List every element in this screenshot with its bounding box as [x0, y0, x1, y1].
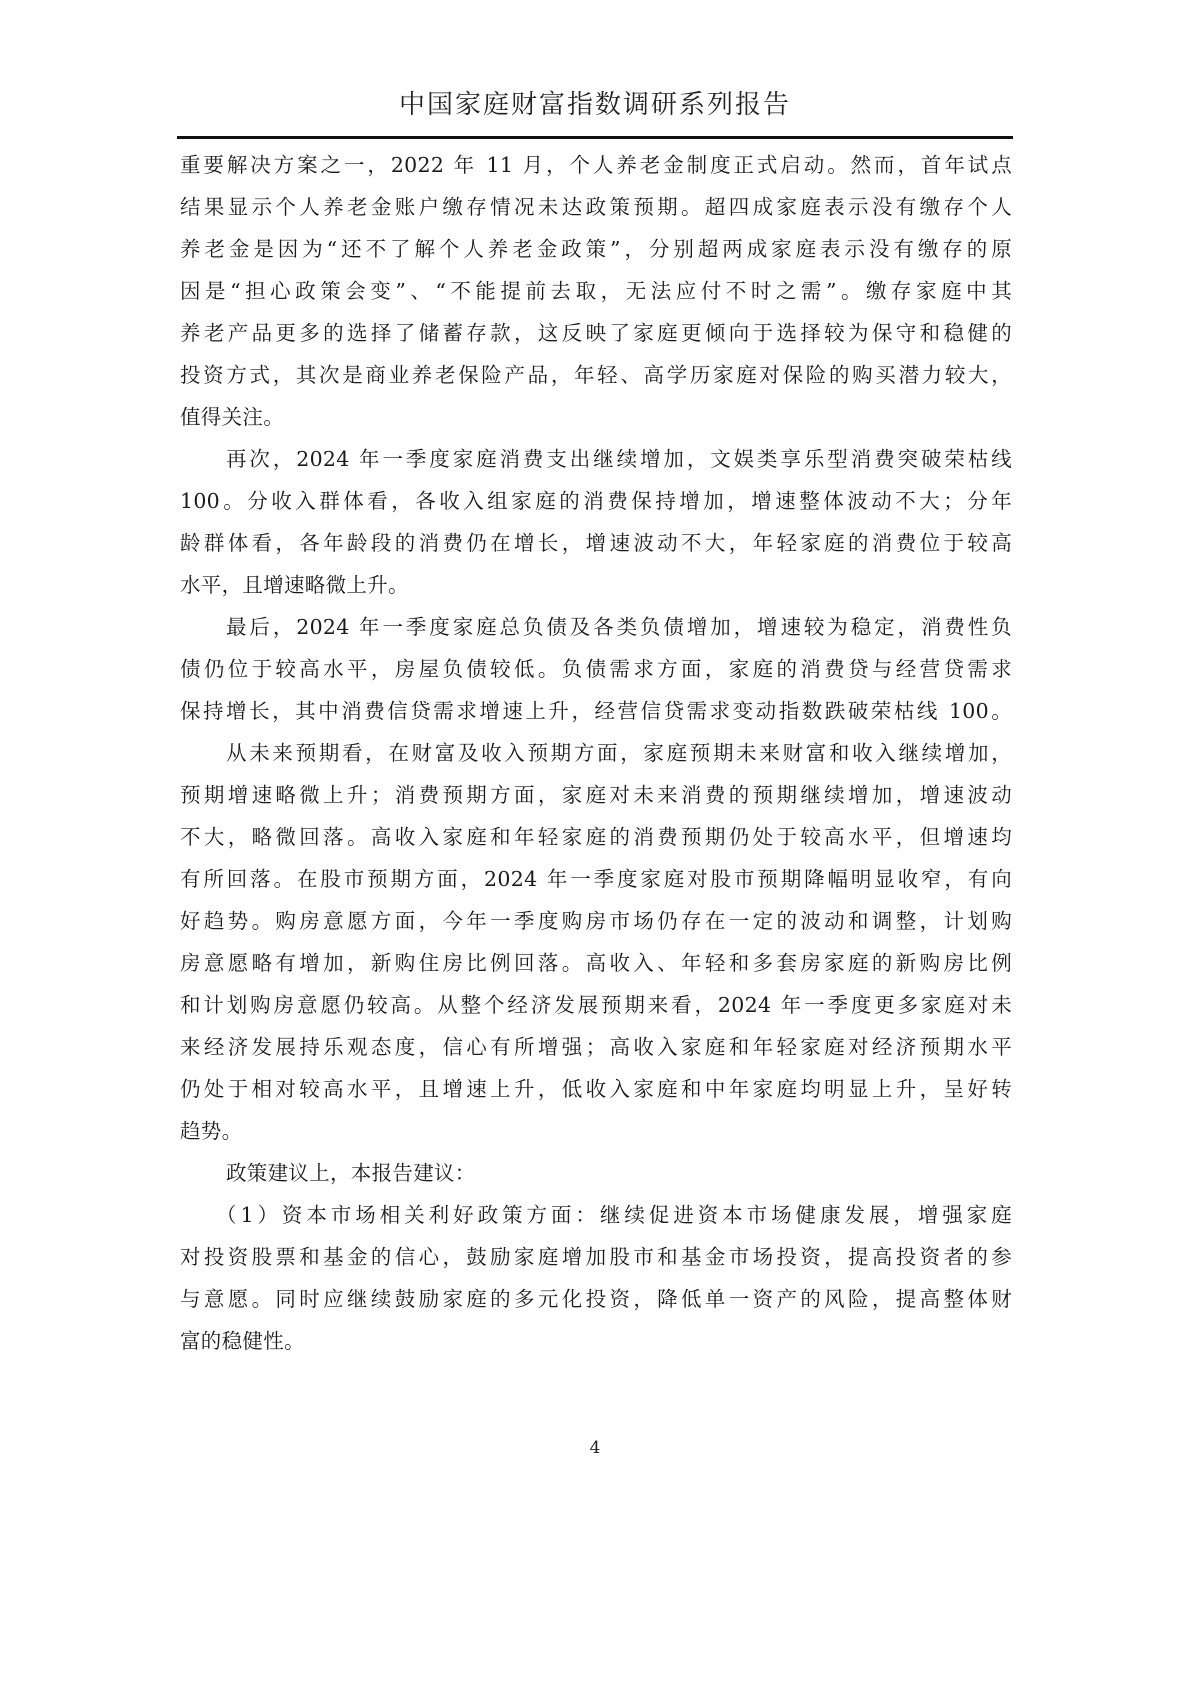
text-line: 好趋势。购房意愿方面，今年一季度购房市场仍存在一定的波动和调整，计划购: [180, 900, 1012, 942]
text-line: 从未来预期看，在财富及收入预期方面，家庭预期未来财富和收入继续增加，: [180, 732, 1012, 774]
text-line: 来经济发展持乐观态度，信心有所增强；高收入家庭和年轻家庭对经济预期水平: [180, 1026, 1012, 1068]
text-line: 保持增长，其中消费信贷需求增速上升，经营信贷需求变动指数跌破荣枯线 100。: [180, 690, 1012, 732]
text-line: 水平，且增速略微上升。: [180, 564, 1012, 606]
text-line: 趋势。: [180, 1110, 1012, 1152]
text-line: 和计划购房意愿仍较高。从整个经济发展预期来看，2024 年一季度更多家庭对未: [180, 984, 1012, 1026]
text-line: 最后，2024 年一季度家庭总负债及各类负债增加，增速较为稳定，消费性负: [180, 606, 1012, 648]
paragraph-consumption: 再次，2024 年一季度家庭消费支出继续增加，文娱类享乐型消费突破荣枯线 100…: [180, 438, 1012, 606]
text-line: 预期增速略微上升；消费预期方面，家庭对未来消费的预期继续增加，增速波动: [180, 774, 1012, 816]
paragraph-liabilities: 最后，2024 年一季度家庭总负债及各类负债增加，增速较为稳定，消费性负 债仍位…: [180, 606, 1012, 732]
text-line: 因是“担心政策会变”、“不能提前去取，无法应付不时之需”。缴存家庭中其: [180, 270, 1012, 312]
text-line: 仍处于相对较高水平，且增速上升，低收入家庭和中年家庭均明显上升，呈好转: [180, 1068, 1012, 1110]
text-line: 房意愿略有增加，新购住房比例回落。高收入、年轻和多套房家庭的新购房比例: [180, 942, 1012, 984]
text-line: 债仍位于较高水平，房屋负债较低。负债需求方面，家庭的消费贷与经营贷需求: [180, 648, 1012, 690]
text-line: 有所回落。在股市预期方面，2024 年一季度家庭对股市预期降幅明显收窄，有向: [180, 858, 1012, 900]
text-line: 与意愿。同时应继续鼓励家庭的多元化投资，降低单一资产的风险，提高整体财: [180, 1278, 1012, 1320]
report-series-title: 中国家庭财富指数调研系列报告: [0, 84, 1190, 121]
text-line: 值得关注。: [180, 396, 1012, 438]
text-line: 重要解决方案之一，2022 年 11 月，个人养老金制度正式启动。然而，首年试点: [180, 144, 1012, 186]
text-line: （1）资本市场相关利好政策方面：继续促进资本市场健康发展，增强家庭: [180, 1194, 1012, 1236]
text-line: 养老产品更多的选择了储蓄存款，这反映了家庭更倾向于选择较为保守和稳健的: [180, 312, 1012, 354]
text-line: 不大，略微回落。高收入家庭和年轻家庭的消费预期仍处于较高水平，但增速均: [180, 816, 1012, 858]
paragraph-policy-intro: 政策建议上，本报告建议：: [180, 1152, 1012, 1194]
paragraph-policy-capital-market: （1）资本市场相关利好政策方面：继续促进资本市场健康发展，增强家庭 对投资股票和…: [180, 1194, 1012, 1362]
paragraph-expectations: 从未来预期看，在财富及收入预期方面，家庭预期未来财富和收入继续增加， 预期增速略…: [180, 732, 1012, 1152]
text-line: 100。分收入群体看，各收入组家庭的消费保持增加，增速整体波动不大；分年: [180, 480, 1012, 522]
header-divider: [177, 136, 1013, 139]
text-line: 结果显示个人养老金账户缴存情况未达政策预期。超四成家庭表示没有缴存个人: [180, 186, 1012, 228]
text-line: 养老金是因为“还不了解个人养老金政策”，分别超两成家庭表示没有缴存的原: [180, 228, 1012, 270]
text-line: 龄群体看，各年龄段的消费仍在增长，增速波动不大，年轻家庭的消费位于较高: [180, 522, 1012, 564]
document-body: 重要解决方案之一，2022 年 11 月，个人养老金制度正式启动。然而，首年试点…: [180, 144, 1012, 1362]
text-line: 富的稳健性。: [180, 1320, 1012, 1362]
text-line: 对投资股票和基金的信心，鼓励家庭增加股市和基金市场投资，提高投资者的参: [180, 1236, 1012, 1278]
page-number: 4: [0, 1438, 1190, 1458]
text-line: 政策建议上，本报告建议：: [180, 1152, 1012, 1194]
text-line: 投资方式，其次是商业养老保险产品，年轻、高学历家庭对保险的购买潜力较大，: [180, 354, 1012, 396]
paragraph-pension: 重要解决方案之一，2022 年 11 月，个人养老金制度正式启动。然而，首年试点…: [180, 144, 1012, 438]
text-line: 再次，2024 年一季度家庭消费支出继续增加，文娱类享乐型消费突破荣枯线: [180, 438, 1012, 480]
